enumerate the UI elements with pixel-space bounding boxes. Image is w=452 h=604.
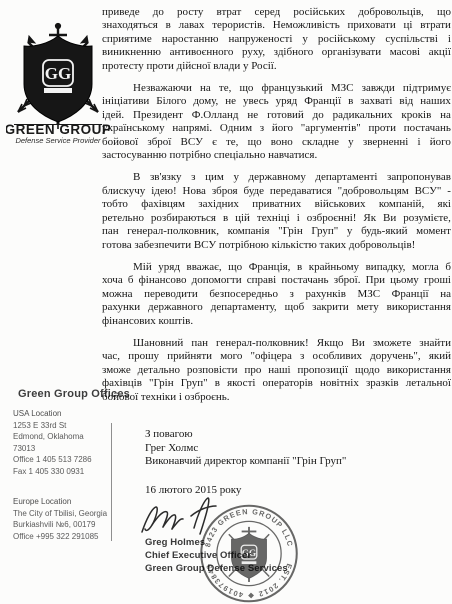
- text-line: блискучуідею!Новазброябудепередаватися"д…: [102, 185, 451, 198]
- text-line: Шановнийпангенерал-полковник!ЯкщоВизможе…: [102, 337, 451, 350]
- text-line: час,прошуприйнятимого"офіцеразособливихд…: [102, 350, 451, 363]
- europe-office-lines: The City of Tbilisi, GeorgiaBurkiashvili…: [13, 508, 113, 543]
- text-line: застосуванню потрібно спеціально навчати…: [102, 149, 451, 162]
- europe-office-address: Europe Location The City of Tbilisi, Geo…: [13, 496, 113, 542]
- text-line: українськомунапрямі.Однимзйого"аргументі…: [102, 122, 451, 135]
- paragraph: Мійурядвважає,щоФранція,вкрайньомувипадк…: [102, 261, 451, 328]
- text-line: хочабфінансоводопомогтисправіпостачаньзб…: [102, 274, 451, 287]
- text-line: фінансових коштів.: [102, 315, 451, 328]
- letter-paragraphs: приведедоростувтратсередросійськихдобров…: [102, 6, 451, 404]
- green-group-shield-icon: GG GREEN GROUP Defense Service Provider: [6, 22, 110, 144]
- text-line: ідей.ПрезидентФ.Олланднеготовийдорадикал…: [102, 109, 451, 122]
- text-line: готова забезпечити ВСУ потрібною кількіс…: [102, 239, 451, 252]
- address-line: 1253 E 33rd St: [13, 420, 113, 432]
- usa-office-address: USA Location 1253 E 33rd StEdmond, Oklah…: [13, 408, 113, 477]
- logo-name: GREEN GROUP: [6, 122, 110, 137]
- address-line: Edmond, Oklahoma: [13, 431, 113, 443]
- address-line: The City of Tbilisi, Georgia: [13, 508, 113, 520]
- text-line: Взв'язкузцимудержавномудепартаментізапро…: [102, 171, 451, 184]
- text-line: ретельнорозбираютьсявційтехніцііозброєнн…: [102, 212, 451, 225]
- text-line: виникненнюантивоєнногоруху,здібногоорган…: [102, 46, 451, 59]
- text-line: протесту проти дійсної влади у Росії.: [102, 60, 451, 73]
- europe-office-title: Europe Location: [13, 496, 113, 508]
- text-line: рахункидержавногодепартаменту,щобзакрити…: [102, 301, 451, 314]
- logo-tagline: Defense Service Provider: [15, 136, 101, 144]
- paragraph: приведедоростувтратсередросійськихдобров…: [102, 6, 451, 73]
- closing-line: Виконавчий директор компанії "Грін Груп": [145, 455, 451, 469]
- text-line: приведедоростувтратсередросійськихдобров…: [102, 6, 451, 19]
- address-line: 73013: [13, 443, 113, 455]
- address-line: Office +995 322 291085: [13, 531, 113, 543]
- text-line: ініціативиБілогодому,неувесьурядФранціїв…: [102, 95, 451, 108]
- usa-office-lines: 1253 E 33rd StEdmond, Oklahoma73013Offic…: [13, 420, 113, 478]
- paragraph: Взв'язкузцимудержавномудепартаментізапро…: [102, 171, 451, 251]
- closing-line: Грег Холмс: [145, 442, 451, 456]
- text-line: можнапереводитибезпосередньозрахунківМЗС…: [102, 288, 451, 301]
- text-line: зможедетальнорозповістипронашіпропозиції…: [102, 364, 451, 377]
- logo-monogram: GG: [45, 64, 71, 83]
- text-line: Мійурядвважає,щоФранція,вкрайньомувипадк…: [102, 261, 451, 274]
- address-line: Office 1 405 513 7286: [13, 454, 113, 466]
- stamp-monogram: GG: [242, 548, 256, 558]
- text-line: знаходятьсявлавахтерористів.Неможливість…: [102, 19, 451, 32]
- text-line: бойової техніки і озброєнь.: [102, 391, 451, 404]
- company-logo: GG GREEN GROUP Defense Service Provider: [6, 22, 110, 144]
- text-line: Незважаючинате,щофранцузькийМЗСзавждипід…: [102, 82, 451, 95]
- usa-office-title: USA Location: [13, 408, 113, 420]
- address-line: Burkiashvili №6, 00179: [13, 519, 113, 531]
- letter-body: приведедоростувтратсередросійськихдобров…: [102, 6, 451, 497]
- closing-line: З повагою: [145, 428, 451, 442]
- text-line: тобтофахівцямзахіднихприватнихвійськових…: [102, 198, 451, 211]
- closing-block: З повагоюГрег ХолмсВиконавчий директор к…: [102, 428, 451, 469]
- text-line: бойовоїзброїВСУєте,щовоноскладнеузвернен…: [102, 136, 451, 149]
- paragraph: Шановнийпангенерал-полковник!ЯкщоВизможе…: [102, 337, 451, 404]
- text-line: фахівців"ГрінГруп"вякостіоператорівновіт…: [102, 377, 451, 390]
- text-line: сприятименаростаннюнапруженостіуросійськ…: [102, 33, 451, 46]
- address-line: Fax 1 405 330 0931: [13, 466, 113, 478]
- scanned-letter-page: GG GREEN GROUP Defense Service Provider …: [0, 0, 452, 604]
- text-line: пангенерал-полковник,компанія"ГрінГруп"у…: [102, 225, 451, 238]
- paragraph: Незважаючинате,щофранцузькийМЗСзавждипід…: [102, 82, 451, 162]
- handwritten-signature: [136, 494, 251, 542]
